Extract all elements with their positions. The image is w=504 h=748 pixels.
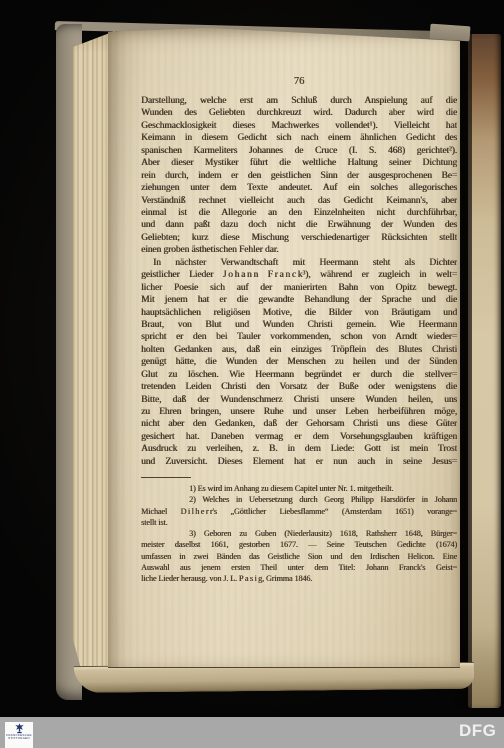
cover-corner-tab <box>430 24 471 42</box>
library-logo-text-line2: STIFTUNGEN <box>8 737 30 740</box>
text-line: spanischen Karmeliters Johannes de Cruce… <box>141 145 457 157</box>
text-line: nicht aber den Gedanken, daß der Gehorsa… <box>141 418 457 430</box>
text-line: Glut zu löschen. Wie Heermann begründet … <box>141 369 457 381</box>
text-line: Keimann in diesem Gedicht sich nach eine… <box>141 132 457 144</box>
text-line: Bitte, daß der Wundenschmerz Christi uns… <box>141 394 457 406</box>
footnote-line: Auswahl aus jenem ersten Theil unter dem… <box>141 562 457 573</box>
text-line: holten Gedanken aus, daß ein einziges Tr… <box>141 344 457 356</box>
body-paragraph-1: Darstellung, welche erst am Schluß durch… <box>141 95 457 257</box>
footnote-line: 2) Welches in Uebersetzung durch Georg P… <box>141 494 457 505</box>
text-line: hauptsächlichen religiösen Motive, die B… <box>141 307 457 319</box>
text-line: Mit jenem hat er die gewandte Behandlung… <box>141 294 457 306</box>
digitization-footer-bar: FRANCKESCHE STIFTUNGEN DFG <box>0 717 504 748</box>
footnote-line: Michael D i l h e r r's „Göttlicher Lieb… <box>141 506 457 517</box>
text-line: Aber dieser Mystiker führt die weltliche… <box>141 157 457 169</box>
footnote-line: stellt ist. <box>141 517 457 528</box>
footnote-line: liche Lieder herausg. von J. L. P a s i … <box>141 573 457 584</box>
library-logo: FRANCKESCHE STIFTUNGEN <box>5 722 33 748</box>
dfg-logo: DFG <box>459 721 496 741</box>
text-line: gesichert hat. Daneben vermag er dem Vor… <box>141 431 457 443</box>
footnote-separator-rule <box>141 477 191 478</box>
body-paragraph-2: In nächster Verwandtschaft mit Heermann … <box>141 257 457 468</box>
text-line: Darstellung, welche erst am Schluß durch… <box>141 95 457 107</box>
text-line: einmal ist die Allegorie an den Einzelnh… <box>141 207 457 219</box>
footnote-line: 3) Geboren zu Guben (Niederlausitz) 1618… <box>141 528 457 539</box>
text-line: Geschmacklosigkeit dieses Machwerkes vol… <box>141 120 457 132</box>
text-line: ziehungen unter dem Texte andeutet. Auf … <box>141 182 457 194</box>
footnotes-block: 1) Es wird im Anhang zu diesem Capitel u… <box>141 483 457 585</box>
text-line: spricht er den bei Tauler vorkommenden, … <box>141 331 457 343</box>
text-line: geistlicher Lieder J o h a n n F r a n c… <box>141 269 457 281</box>
text-line: und Zuversicht. Dieses Element hat er nu… <box>141 456 457 468</box>
scanned-book-viewer: 76 Darstellung, welche erst am Schluß du… <box>0 0 504 748</box>
text-line: In nächster Verwandtschaft mit Heermann … <box>141 257 457 269</box>
text-line: zu Ehren bringen, unsere Ruhe und unser … <box>141 406 457 418</box>
text-line: Wunden des Geliebten durchkreuzt wird. D… <box>141 107 457 119</box>
text-line: Braut, von Blut und Wunden Christi gemei… <box>141 319 457 331</box>
text-line: Verständniß rechnet vielleicht auch das … <box>141 195 457 207</box>
footnote-line: umfassen in zwei Bänden das Geistliche S… <box>141 551 457 562</box>
footnote-line: 1) Es wird im Anhang zu diesem Capitel u… <box>141 483 457 494</box>
facing-page-block-edge <box>468 34 501 708</box>
footnote-line: meister daselbst 1661, gestorben 1677. —… <box>141 539 457 550</box>
text-line: Geliebten; kurz diese Mischung verschied… <box>141 232 457 244</box>
page-number: 76 <box>141 76 457 87</box>
text-line: tretenden Leiden Christi den Vorsatz der… <box>141 381 457 393</box>
text-line: genügt hätte, die Wunden der Menschen zu… <box>141 356 457 368</box>
text-line: einen groben ästhetischen Fehler dar. <box>141 244 457 256</box>
text-line: Ausdruck zu verleihen, z. B. in dem Lied… <box>141 443 457 455</box>
text-line: und dann paßt dazu doch nicht die Erwähn… <box>141 219 457 231</box>
text-line: rein durch, indem er den geistlichen Sin… <box>141 170 457 182</box>
text-line: licher Poesie sich auf der manierirten B… <box>141 282 457 294</box>
